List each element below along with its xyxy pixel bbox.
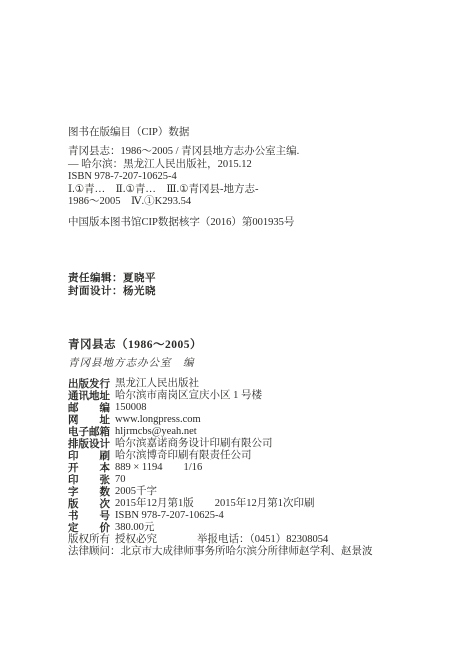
pub-row-label: 电子邮箱 bbox=[68, 426, 110, 438]
pub-row-isbn: 书 号 ISBN 978-7-207-10625-4 bbox=[68, 510, 418, 522]
pub-row-value: hljrmcbs@yeah.net bbox=[115, 426, 197, 438]
cip-line: 青冈县志：1986～2005 / 青冈县地方志办公室主编. bbox=[68, 146, 408, 159]
report-phone: 举报电话：（0451）82308054 bbox=[197, 534, 328, 546]
book-title: 青冈县志（1986～2005） bbox=[68, 339, 202, 352]
cip-registry-number: 中国版本图书馆CIP数据核字（2016）第001935号 bbox=[68, 216, 408, 229]
cip-block: 图书在版编目（CIP）数据 青冈县志：1986～2005 / 青冈县地方志办公室… bbox=[68, 126, 408, 229]
pub-row-format: 开 本 889 × 1194 1/16 bbox=[68, 462, 418, 474]
title-block: 青冈县志（1986～2005） 青冈县地方志办公室 编 bbox=[68, 339, 202, 370]
pub-row-label: 字 数 bbox=[68, 486, 110, 498]
pub-row-layout-design: 排版设计 哈尔滨嘉诺商务设计印刷有限公司 bbox=[68, 438, 418, 450]
pub-row-value: 2015年12月第1版 2015年12月第1次印刷 bbox=[115, 498, 315, 510]
copyright-page: 图书在版编目（CIP）数据 青冈县志：1986～2005 / 青冈县地方志办公室… bbox=[0, 0, 450, 656]
copyright-notice: 版权所有 bbox=[68, 534, 110, 546]
pub-row-address: 通讯地址 哈尔滨市南岗区宣庆小区 1 号楼 bbox=[68, 390, 418, 402]
pub-row-value: 150008 bbox=[115, 402, 147, 414]
cover-designer-name: 杨光晓 bbox=[123, 285, 156, 297]
pub-row-printer: 印 刷 哈尔滨博奇印刷有限责任公司 bbox=[68, 450, 418, 462]
pub-row-label: 出版发行 bbox=[68, 378, 110, 390]
pub-row-label: 开 本 bbox=[68, 462, 110, 474]
pub-row-label: 印 张 bbox=[68, 474, 110, 486]
pub-row-label: 印 刷 bbox=[68, 450, 110, 462]
credits-block: 责任编辑：夏晓平 封面设计：杨光晓 bbox=[68, 272, 156, 297]
cip-line: ISBN 978-7-207-10625-4 bbox=[68, 171, 408, 184]
responsible-editor-label: 责任编辑： bbox=[68, 272, 123, 284]
pub-row-value: 哈尔滨嘉诺商务设计印刷有限公司 bbox=[115, 438, 273, 450]
pub-row-value: 2005千字 bbox=[115, 486, 157, 498]
cip-line: 1986～2005 Ⅳ.①K293.54 bbox=[68, 196, 408, 209]
cip-line: — 哈尔滨：黑龙江人民出版社，2015.12 bbox=[68, 159, 408, 172]
copyright-notice-2: 授权必究 bbox=[115, 534, 157, 546]
pub-row-edition: 版 次 2015年12月第1版 2015年12月第1次印刷 bbox=[68, 498, 418, 510]
responsible-editor-name: 夏晓平 bbox=[123, 272, 156, 284]
pub-row-value: 889 × 1194 1/16 bbox=[115, 462, 202, 474]
pub-row-email: 电子邮箱 hljrmcbs@yeah.net bbox=[68, 426, 418, 438]
pub-row-value: 黑龙江人民出版社 bbox=[115, 378, 199, 390]
pub-row-value: 哈尔滨市南岗区宣庆小区 1 号楼 bbox=[115, 390, 262, 402]
pub-row-label: 邮 编 bbox=[68, 402, 110, 414]
pub-row-value: ISBN 978-7-207-10625-4 bbox=[115, 510, 224, 522]
pub-row-postcode: 邮 编 150008 bbox=[68, 402, 418, 414]
pub-row-sheets: 印 张 70 bbox=[68, 474, 418, 486]
pub-row-value: 380.00元 bbox=[115, 522, 154, 534]
pub-row-label: 通讯地址 bbox=[68, 390, 110, 402]
cip-heading: 图书在版编目（CIP）数据 bbox=[68, 126, 408, 139]
cip-line: Ⅰ.①青… Ⅱ.①青… Ⅲ.①青冈县-地方志- bbox=[68, 184, 408, 197]
pub-row-label: 定 价 bbox=[68, 522, 110, 534]
cover-designer-row: 封面设计：杨光晓 bbox=[68, 285, 156, 298]
legal-advisor-line: 法律顾问：北京市大成律师事务所哈尔滨分所律师赵学利、赵景波 bbox=[68, 546, 418, 558]
pub-row-label: 网 址 bbox=[68, 414, 110, 426]
pub-row-label: 书 号 bbox=[68, 510, 110, 522]
copyright-row: 版权所有 授权必究 举报电话：（0451）82308054 bbox=[68, 534, 418, 546]
pub-row-price: 定 价 380.00元 bbox=[68, 522, 418, 534]
pub-row-word-count: 字 数 2005千字 bbox=[68, 486, 418, 498]
pub-row-value: www.longpress.com bbox=[115, 414, 201, 426]
pub-row-publisher: 出版发行 黑龙江人民出版社 bbox=[68, 378, 418, 390]
pub-row-label: 版 次 bbox=[68, 498, 110, 510]
responsible-editor-row: 责任编辑：夏晓平 bbox=[68, 272, 156, 285]
pub-row-value: 70 bbox=[115, 474, 126, 486]
cip-body: 青冈县志：1986～2005 / 青冈县地方志办公室主编. — 哈尔滨：黑龙江人… bbox=[68, 146, 408, 209]
pub-row-website: 网 址 www.longpress.com bbox=[68, 414, 418, 426]
book-editor: 青冈县地方志办公室 编 bbox=[68, 355, 202, 370]
pub-row-label: 排版设计 bbox=[68, 438, 110, 450]
cover-designer-label: 封面设计： bbox=[68, 285, 123, 297]
publication-block: 出版发行 黑龙江人民出版社 通讯地址 哈尔滨市南岗区宣庆小区 1 号楼 邮 编 … bbox=[68, 378, 418, 558]
pub-row-value: 哈尔滨博奇印刷有限责任公司 bbox=[115, 450, 252, 462]
